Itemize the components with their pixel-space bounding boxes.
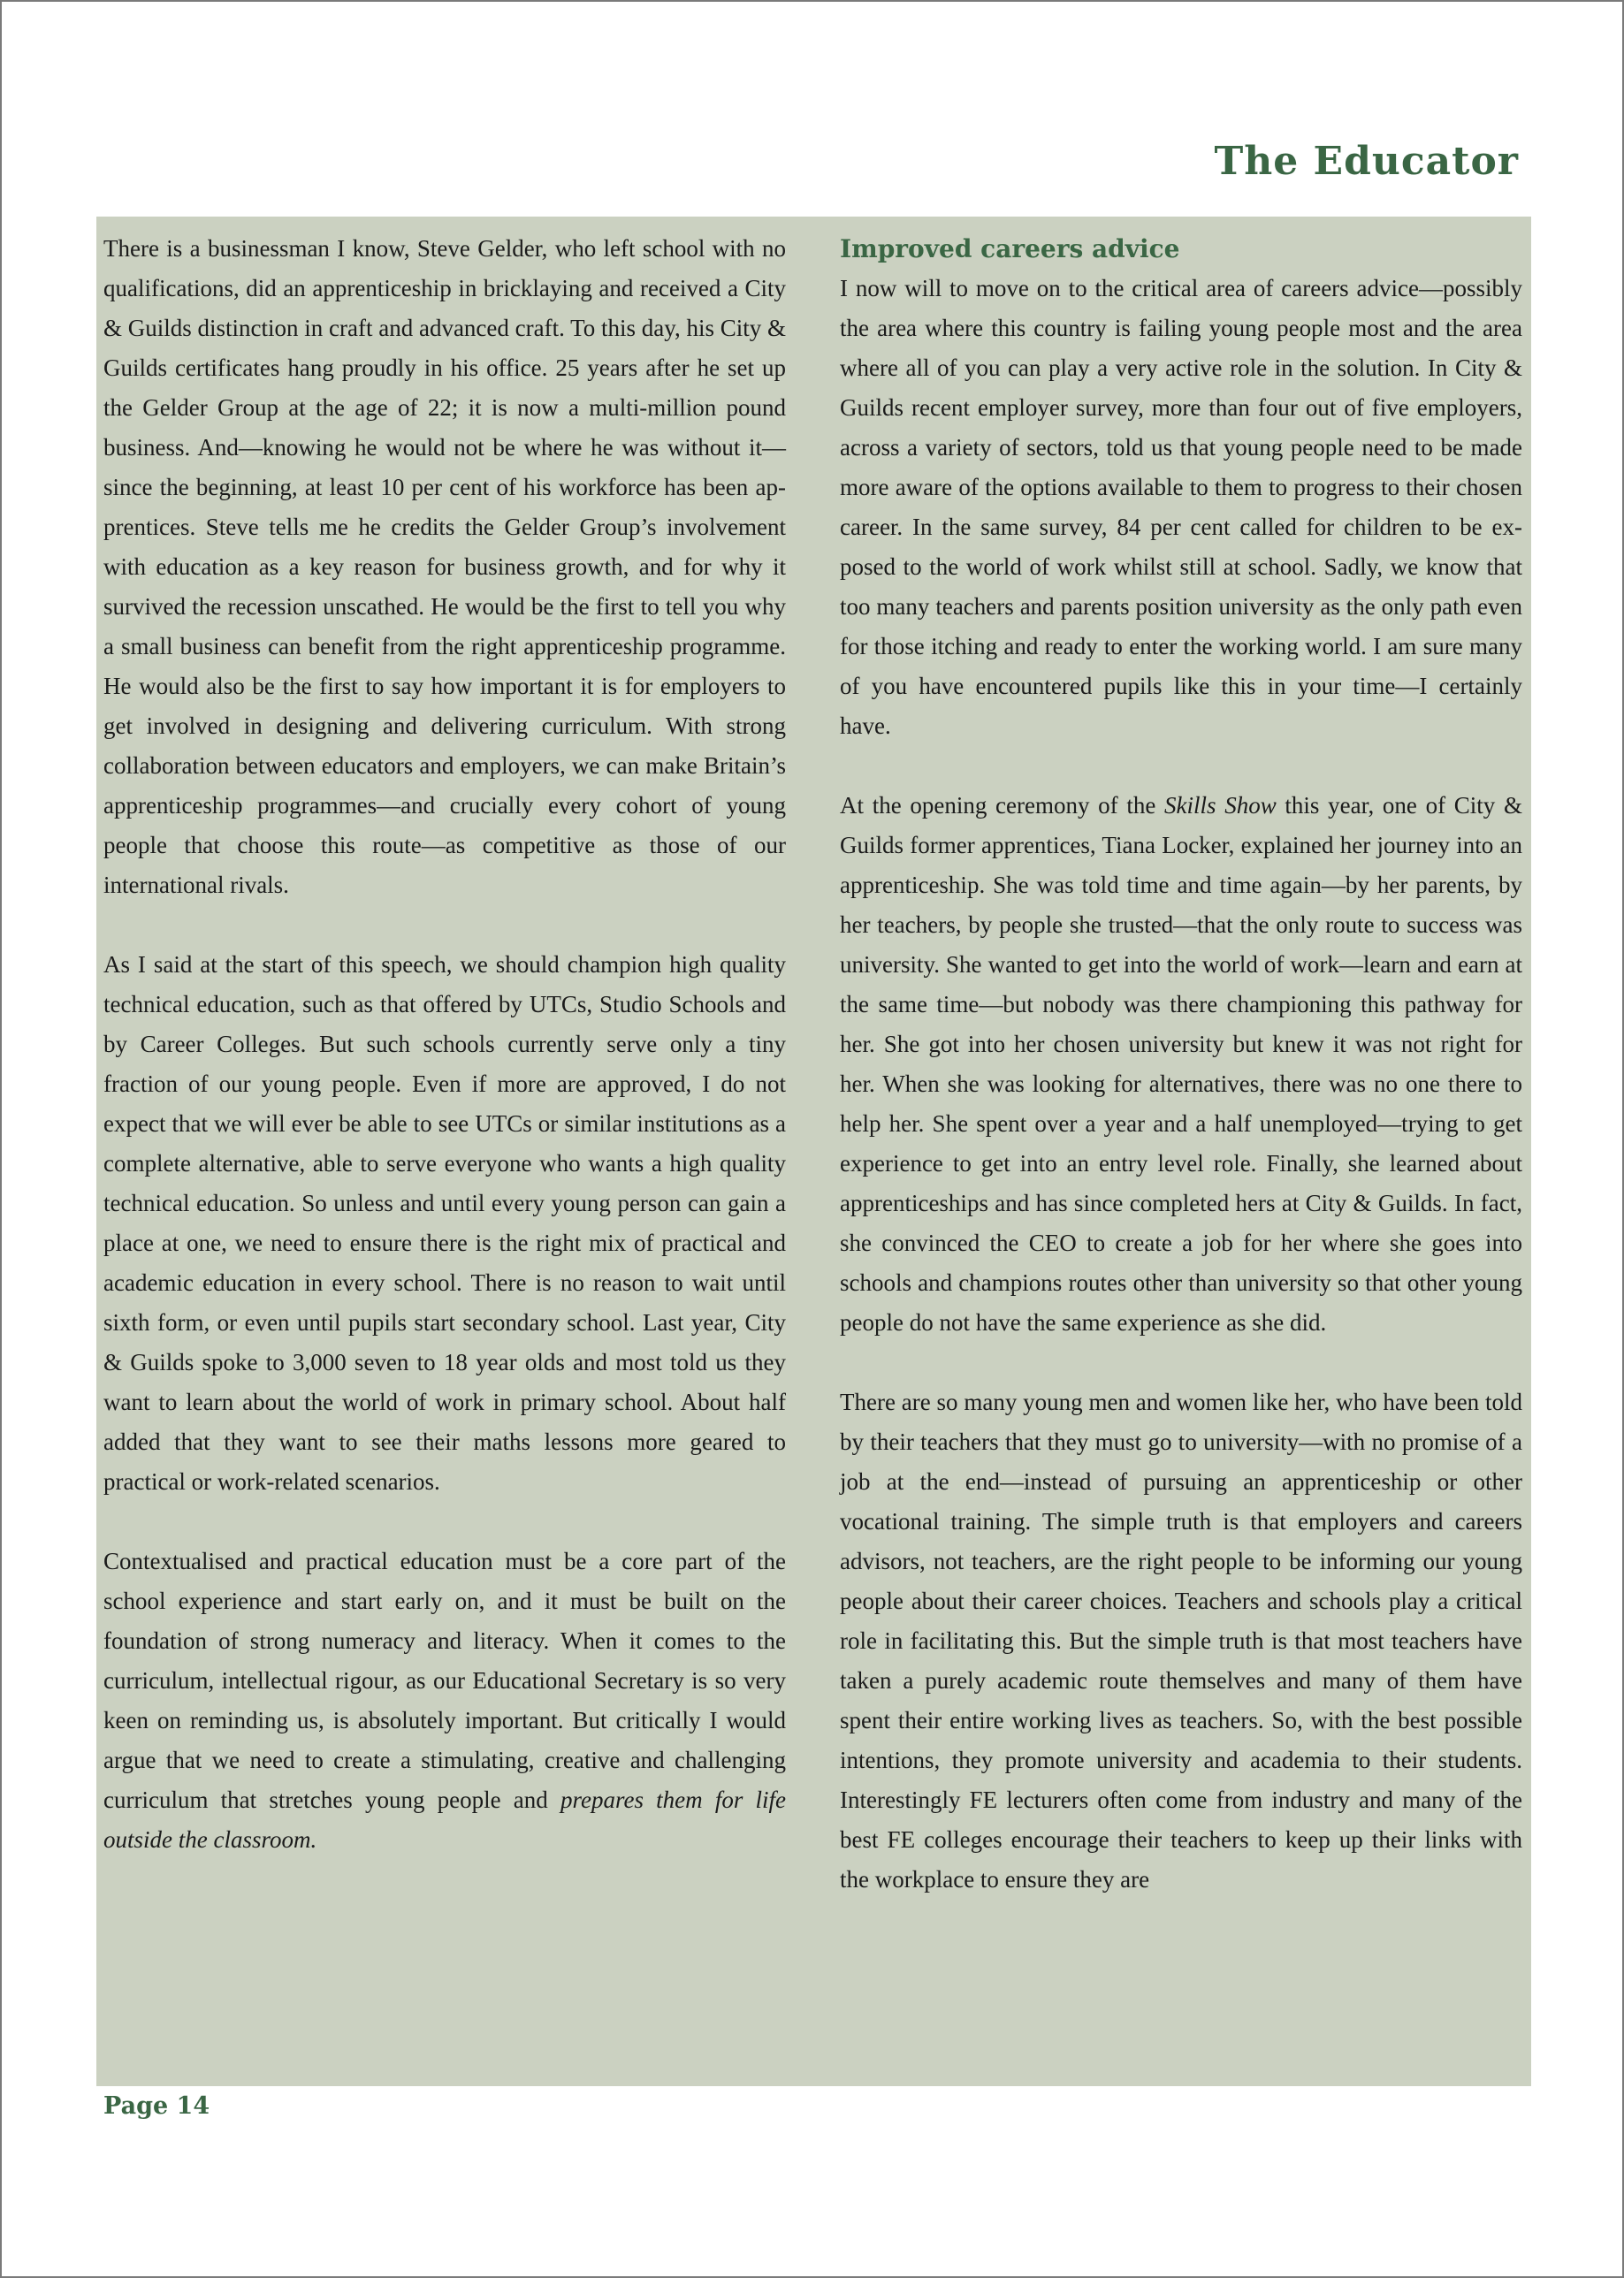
paragraph-text: this year, one of City & Guilds former a… (840, 792, 1522, 1336)
paragraph-text: Contextualised and practical education m… (103, 1548, 786, 1813)
italic-title-skills-show: Skills Show (1164, 792, 1277, 819)
paragraph-careers-advice: I now will to move on to the critical ar… (840, 269, 1522, 746)
paragraph-tiana-locker: At the opening ceremony of the Skills Sh… (840, 786, 1522, 1343)
paragraph-steve-gelder: There is a businessman I know, Steve Gel… (103, 229, 786, 905)
paragraph-technical-education: As I said at the start of this speech, w… (103, 945, 786, 1502)
left-column: There is a businessman I know, Steve Gel… (103, 229, 786, 1860)
page-number: Page 14 (103, 2086, 210, 2126)
section-heading: Improved careers advice (840, 229, 1522, 269)
paragraph-contextualised-education: Contextualised and practical education m… (103, 1542, 786, 1860)
publication-title: The Educator (1215, 139, 1520, 184)
paragraph-text: At the opening ceremony of the (840, 792, 1164, 819)
document-page: The Educator There is a businessman I kn… (0, 0, 1624, 2278)
article-panel: There is a businessman I know, Steve Gel… (96, 217, 1531, 2086)
paragraph-young-people: There are so many young men and women li… (840, 1383, 1522, 1900)
right-column: Improved careers advice I now will to mo… (840, 229, 1522, 1900)
